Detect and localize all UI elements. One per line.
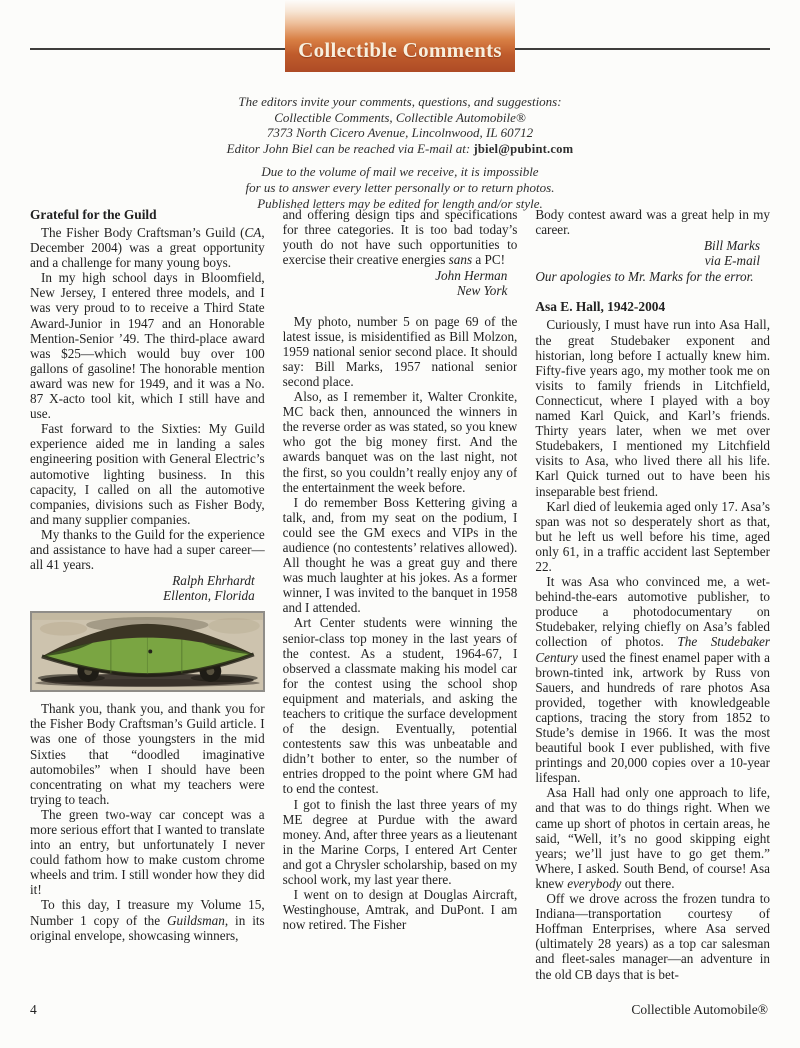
letter-paragraph: The Fisher Body Craftsman’s Guild (CA, D… xyxy=(30,225,265,270)
letter-paragraph: In my high school days in Bloomfield, Ne… xyxy=(30,270,265,421)
letters-column-1: Grateful for the GuildThe Fisher Body Cr… xyxy=(30,207,265,993)
letter-paragraph: The green two-way car concept was a more… xyxy=(30,807,265,898)
letters-column-3: Body contest award was a great help in m… xyxy=(535,207,770,993)
letter-paragraph: Karl died of leukemia aged only 17. Asa’… xyxy=(535,499,770,574)
magazine-brand: Collectible Automobile® xyxy=(631,1002,768,1018)
letter-paragraph: Asa Hall had only one approach to life, … xyxy=(535,785,770,891)
letter-paragraph: My thanks to the Guild for the experienc… xyxy=(30,527,265,572)
letter-signature: Ralph EhrhardtEllenton, Florida xyxy=(30,573,265,603)
intro-block: The editors invite your comments, questi… xyxy=(110,94,690,218)
letter-signature: John HermanNew York xyxy=(283,268,518,298)
page-title: Collectible Comments xyxy=(298,38,502,72)
intro-paragraph: The editors invite your comments, questi… xyxy=(110,94,690,157)
letter-paragraph: Fast forward to the Sixties: My Guild ex… xyxy=(30,421,265,527)
letter-paragraph: I went on to design at Douglas Aircraft,… xyxy=(283,887,518,932)
letter-paragraph: To this day, I treasure my Volume 15, Nu… xyxy=(30,897,265,942)
letter-signature: Bill Marksvia E-mail xyxy=(535,238,770,268)
letter-paragraph: Curiously, I must have run into Asa Hall… xyxy=(535,317,770,498)
letter-heading: Asa E. Hall, 1942-2004 xyxy=(535,299,770,315)
letters-column-2: and offering design tips and specificati… xyxy=(283,207,518,993)
letter-paragraph: Art Center students were winning the sen… xyxy=(283,615,518,796)
letter-paragraph: I do remember Boss Kettering giving a ta… xyxy=(283,495,518,616)
editor-note: Our apologies to Mr. Marks for the error… xyxy=(535,269,770,284)
intro-paragraph: Due to the volume of mail we receive, it… xyxy=(110,164,690,211)
letter-paragraph: Body contest award was a great help in m… xyxy=(535,207,770,237)
letter-heading: Grateful for the Guild xyxy=(30,207,265,223)
letter-paragraph: Off we drove across the frozen tundra to… xyxy=(535,891,770,982)
letter-paragraph: Also, as I remember it, Walter Cronkite,… xyxy=(283,389,518,495)
letter-paragraph: I got to finish the last three years of … xyxy=(283,797,518,888)
letter-paragraph: It was Asa who convinced me, a wet-behin… xyxy=(535,574,770,785)
section-banner: Collectible Comments xyxy=(285,0,515,72)
columns: Grateful for the GuildThe Fisher Body Cr… xyxy=(30,207,770,993)
letter-paragraph: and offering design tips and specificati… xyxy=(283,207,518,267)
letter-paragraph: Thank you, thank you, and thank you for … xyxy=(30,701,265,807)
page-number: 4 xyxy=(30,1002,37,1018)
letter-paragraph: My photo, number 5 on page 69 of the lat… xyxy=(283,314,518,389)
green-two-way-car-sketch xyxy=(30,611,265,692)
